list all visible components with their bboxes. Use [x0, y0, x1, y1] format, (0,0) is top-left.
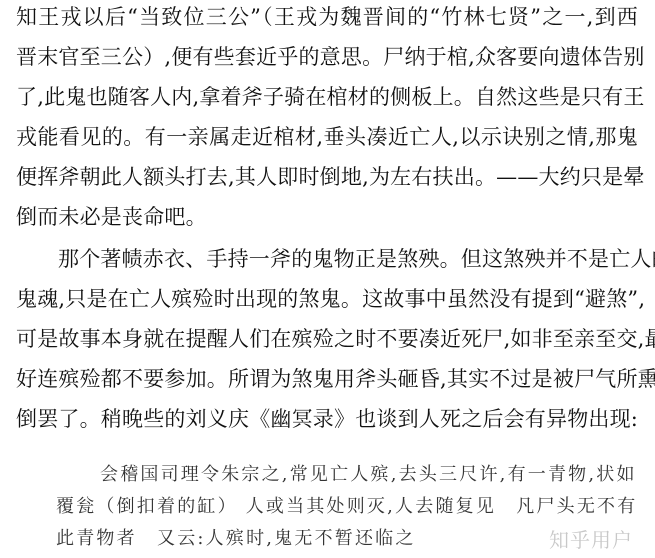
document-page: 知王戎以后“当致位三公”（王戎为魏晋间的“竹林七贤”之一,到西 晋末官至三公）,… — [0, 0, 655, 558]
paragraph-line: 了,此鬼也随客人内,拿着斧子骑在棺材的侧板上。自然这些是只有王 — [16, 83, 638, 111]
paragraph-line: 戎能看见的。有一亲属走近棺材,垂头凑近亡人,以示诀别之情,那鬼 — [16, 123, 638, 151]
quote-line: 覆瓮（倒扣着的缸） 人或当其处则灭,人去随复见 凡尸头无不有 — [56, 494, 618, 520]
paragraph-line: 晋末官至三公）,便有些套近乎的意思。尸纳于棺,众客要向遗体告别 — [16, 43, 638, 71]
paragraph-line: 那个著帻赤衣、手持一斧的鬼物正是煞殃。但这煞殃并不是亡人的 — [58, 245, 638, 273]
paragraph-line: 倒而未必是丧命吧。 — [16, 203, 638, 231]
quote-line: 会稽国司理令朱宗之,常见亡人殡,去头三尺许,有一青物,状如 — [100, 462, 618, 488]
paragraph-line: 倒罢了。稍晚些的刘义庆《幽冥录》也谈到人死之后会有异物出现: — [16, 405, 638, 433]
paragraph-line: 鬼魂,只是在亡人殡殓时出现的煞鬼。这故事中虽然没有提到“避煞”, — [16, 285, 638, 313]
paragraph-line: 便挥斧朝此人额头打去,其人即时倒地,为左右扶出。——大约只是晕 — [16, 163, 638, 191]
quote-line: 此青物者 又云:人殡时,鬼无不暂还临之 — [56, 526, 618, 552]
paragraph-line: 知王戎以后“当致位三公”（王戎为魏晋间的“竹林七贤”之一,到西 — [16, 3, 638, 31]
paragraph-line: 好连殡殓都不要参加。所谓为煞鬼用斧头砸昏,其实不过是被尸气所熏 — [16, 365, 638, 393]
paragraph-line: 可是故事本身就在提醒人们在殡殓之时不要凑近死尸,如非至亲至交,最 — [16, 325, 638, 353]
watermark: 知乎用户 — [549, 524, 633, 553]
